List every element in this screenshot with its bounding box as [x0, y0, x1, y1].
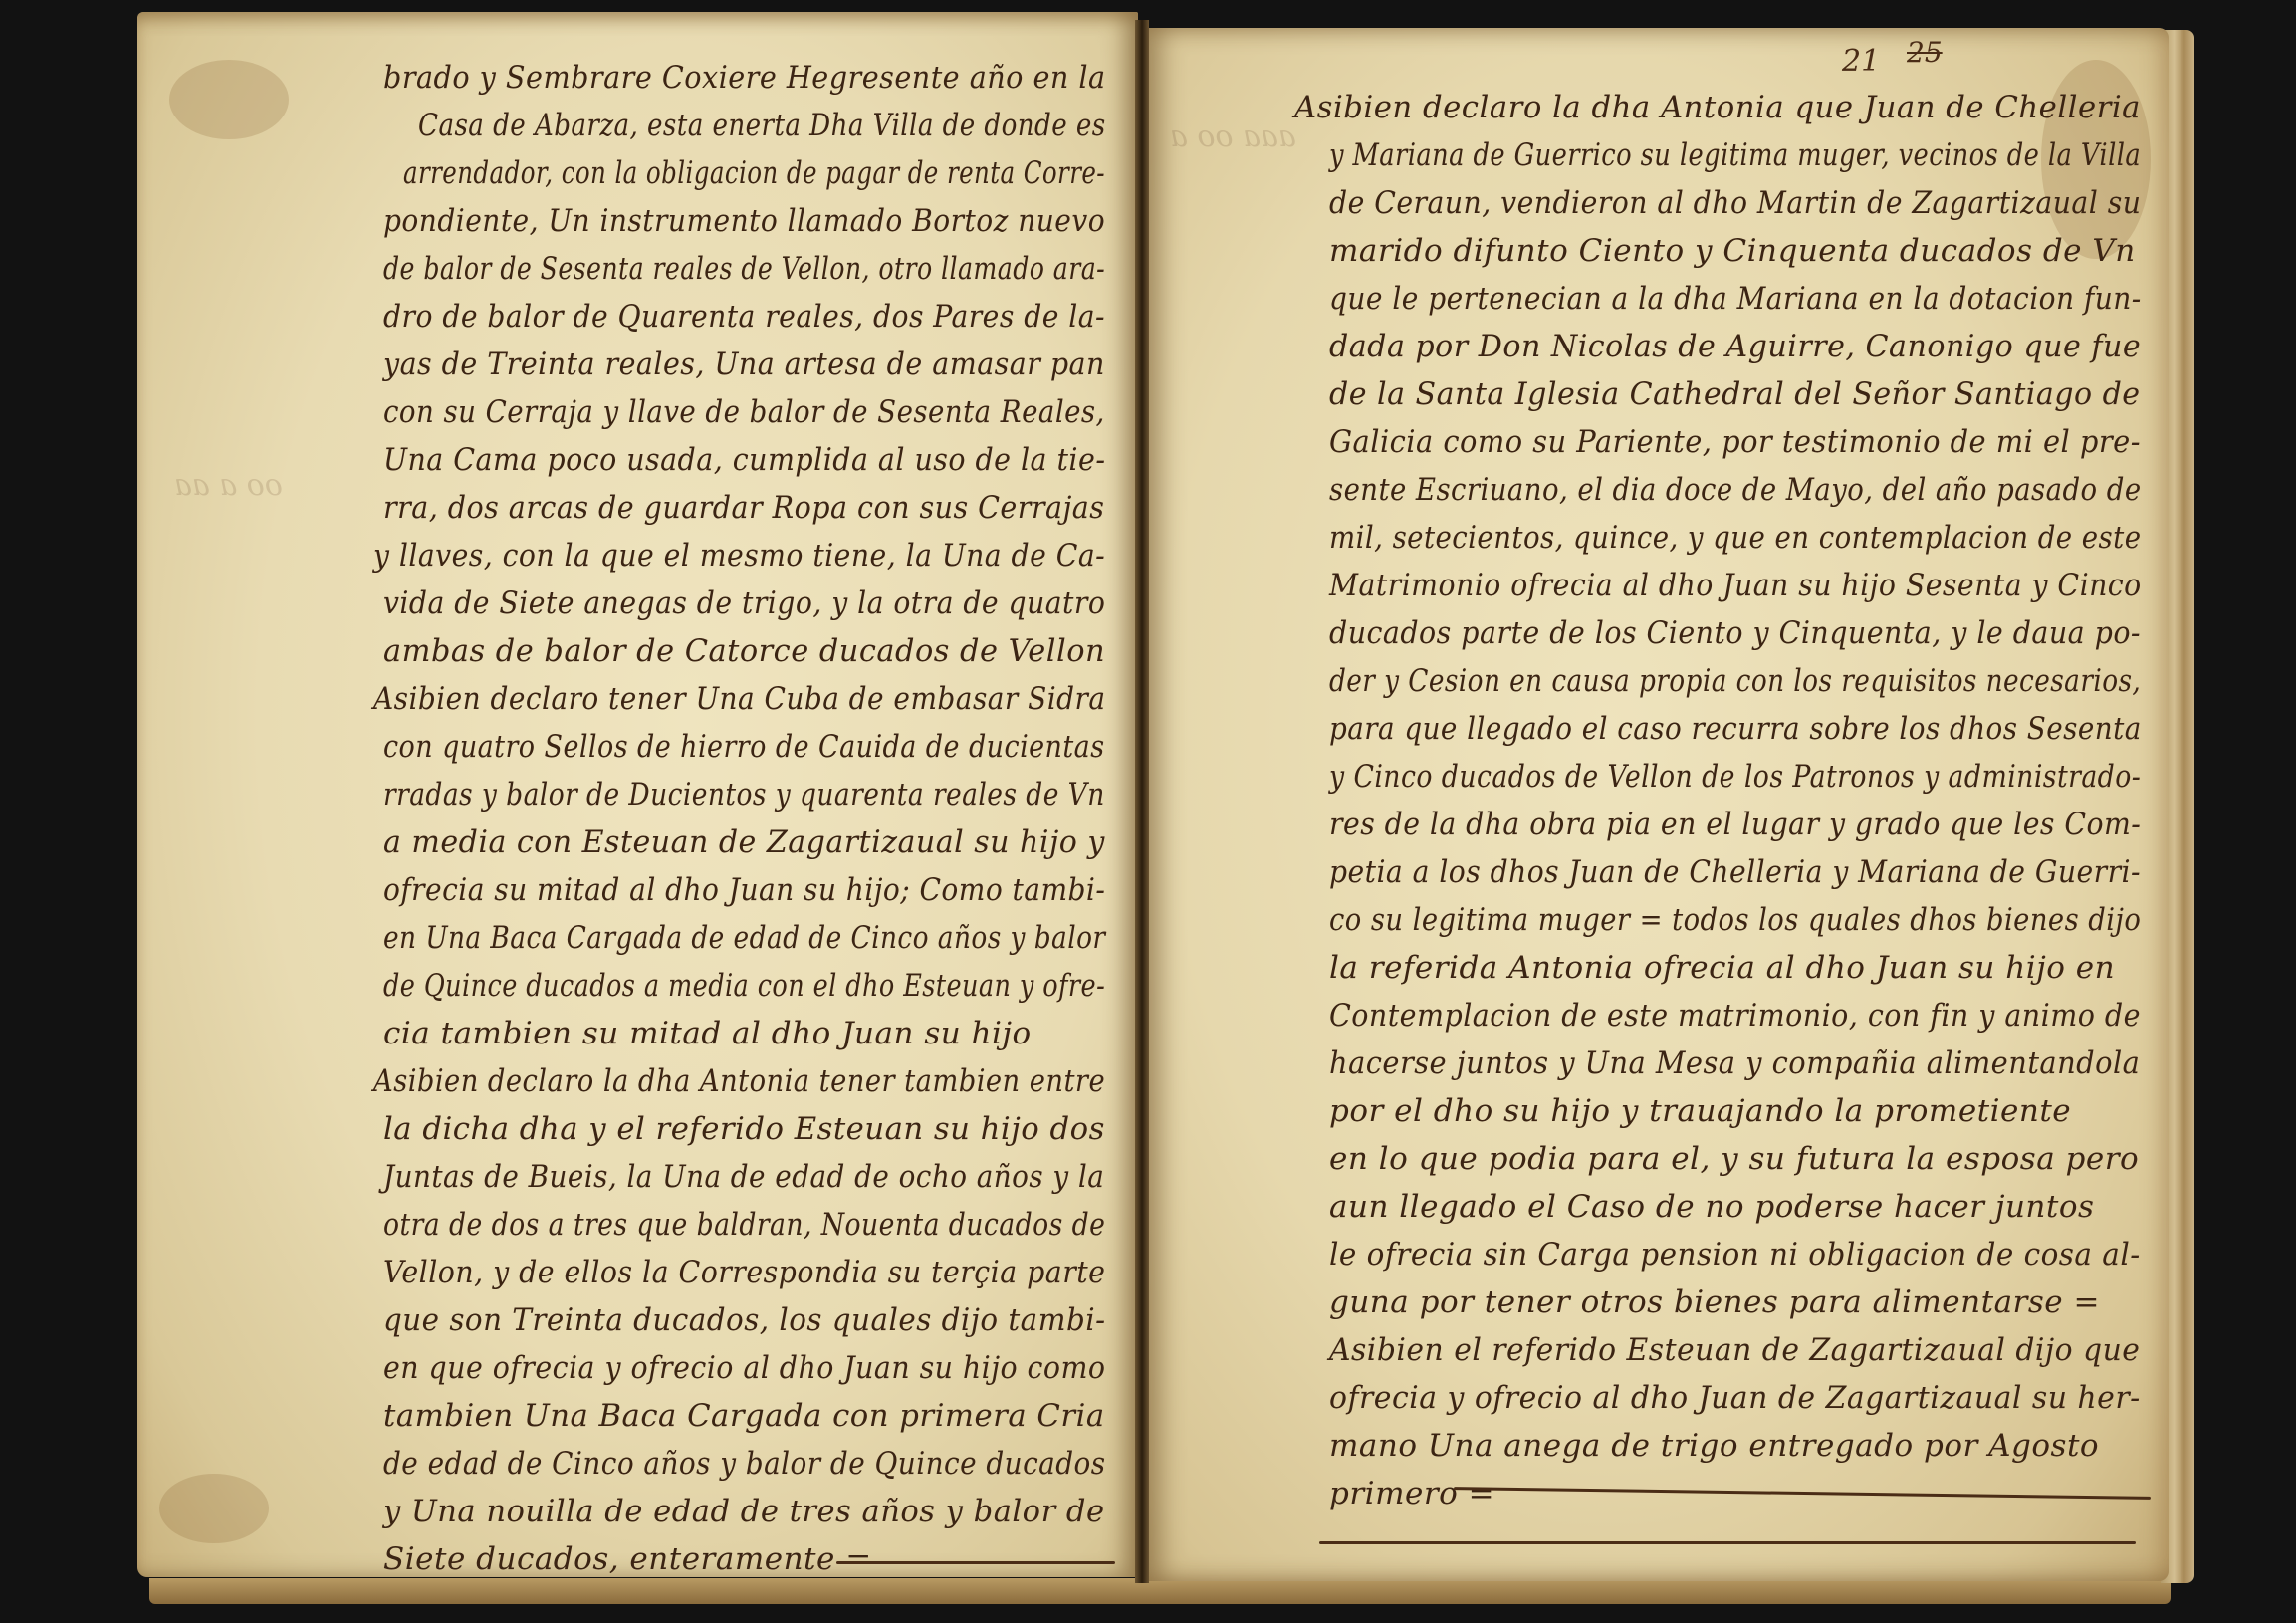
manuscript-line: por el dho su hijo y trauajando la prome… [1329, 1093, 2071, 1129]
manuscript-line: que le pertenecian a la dha Mariana en l… [1329, 281, 2142, 317]
manuscript-line: arrendador, con la obligacion de pagar d… [403, 155, 1105, 191]
folio-number-struck: 25 [1907, 36, 1943, 69]
ink-bleed-through: aaa oo a [1170, 119, 1296, 154]
manuscript-line: la referida Antonia ofrecia al dho Juan … [1329, 950, 2115, 986]
manuscript-line: rradas y balor de Ducientos y quarenta r… [383, 777, 1105, 812]
manuscript-line: Juntas de Bueis, la Una de edad de ocho … [383, 1159, 1104, 1195]
manuscript-line: Vellon, y de ellos la Correspondia su te… [383, 1255, 1105, 1290]
manuscript-line: sente Escriuano, el dia doce de Mayo, de… [1329, 472, 2142, 508]
manuscript-line: le ofrecia sin Carga pension ni obligaci… [1329, 1237, 2141, 1273]
manuscript-line: Asibien el referido Esteuan de Zagartiza… [1329, 1332, 2140, 1368]
paper-stain [159, 1474, 269, 1543]
manuscript-line: y Mariana de Guerrico su legitima muger,… [1329, 137, 2141, 173]
manuscript-line: otra de dos a tres que baldran, Nouenta … [383, 1207, 1105, 1243]
manuscript-line: aun llegado el Caso de no poderse hacer … [1329, 1189, 2094, 1225]
manuscript-line: la dicha dha y el referido Esteuan su hi… [383, 1111, 1105, 1147]
manuscript-line: Asibien declaro tener Una Cuba de embasa… [373, 681, 1105, 717]
manuscript-line: vida de Siete anegas de trigo, y la otra… [383, 585, 1105, 621]
manuscript-line: cia tambien su mitad al dho Juan su hijo [383, 1016, 1032, 1051]
paper-stain [169, 60, 289, 139]
manuscript-line: con quatro Sellos de hierro de Cauida de… [383, 729, 1104, 765]
manuscript-line: Una Cama poco usada, cumplida al uso de … [383, 442, 1105, 478]
manuscript-line: Contemplacion de este matrimonio, con fi… [1329, 998, 2141, 1034]
folio-number: 21 [1842, 44, 1880, 79]
manuscript-line: en que ofrecia y ofrecio al dho Juan su … [383, 1350, 1105, 1386]
manuscript-line: hacerse juntos y Una Mesa y compañia ali… [1329, 1045, 2140, 1081]
manuscript-line: de la Santa Iglesia Cathedral del Señor … [1329, 376, 2141, 412]
manuscript-line: mano Una anega de trigo entregado por Ag… [1329, 1428, 2099, 1464]
manuscript-line: de balor de Sesenta reales de Vellon, ot… [383, 251, 1105, 287]
manuscript-line: con su Cerraja y llave de balor de Sesen… [383, 394, 1105, 430]
manuscript-line: mil, setecientos, quince, y que en conte… [1329, 520, 2141, 556]
manuscript-line: guna por tener otros bienes para aliment… [1329, 1284, 2100, 1320]
manuscript-line: petia a los dhos Juan de Chelleria y Mar… [1329, 854, 2141, 890]
manuscript-line: res de la dha obra pia en el lugar y gra… [1329, 807, 2141, 842]
manuscript-line: brado y Sembrare Coxiere Hegresente año … [383, 60, 1106, 96]
manuscript-line: der y Cesion en causa propia con los req… [1329, 663, 2141, 699]
manuscript-line: primero = [1329, 1476, 1494, 1511]
manuscript-line: co su legitima muger = todos los quales … [1329, 902, 2141, 938]
manuscript-line: tambien Una Baca Cargada con primera Cri… [383, 1398, 1105, 1434]
manuscript-line: en Una Baca Cargada de edad de Cinco año… [383, 920, 1105, 956]
manuscript-line: Casa de Abarza, esta enerta Dha Villa de… [418, 108, 1106, 143]
closing-line-rule [836, 1561, 1115, 1564]
manuscript-line: que son Treinta ducados, los quales dijo… [383, 1302, 1106, 1338]
manuscript-line: Matrimonio ofrecia al dho Juan su hijo S… [1329, 568, 2142, 603]
manuscript-line: a media con Esteuan de Zagartizaual su h… [383, 824, 1105, 860]
manuscript-line: ambas de balor de Catorce ducados de Vel… [383, 633, 1105, 669]
manuscript-line: de Ceraun, vendieron al dho Martin de Za… [1329, 185, 2141, 221]
manuscript-line: marido difunto Ciento y Cinquenta ducado… [1329, 233, 2136, 269]
page-stack-bottom-edge [149, 1578, 2171, 1604]
manuscript-line: dro de balor de Quarenta reales, dos Par… [383, 299, 1105, 335]
manuscript-scan: aaa oo a oo a aa 21 25 brado y Sembrare … [0, 0, 2296, 1623]
ink-bleed-through: oo a aa [174, 468, 283, 503]
manuscript-line: Asibien declaro la dha Antonia tener tam… [373, 1063, 1105, 1099]
manuscript-line: y Una nouilla de edad de tres años y bal… [383, 1494, 1105, 1529]
manuscript-line: Siete ducados, enteramente = [383, 1541, 872, 1577]
manuscript-line: y llaves, con la que el mesmo tiene, la … [373, 538, 1105, 574]
section-end-rule [1319, 1541, 2136, 1544]
book-gutter [1135, 20, 1149, 1583]
manuscript-line: yas de Treinta reales, Una artesa de ama… [383, 347, 1105, 382]
manuscript-line: de edad de Cinco años y balor de Quince … [383, 1446, 1106, 1482]
manuscript-line: pondiente, Un instrumento llamado Bortoz… [383, 203, 1105, 239]
manuscript-line: rra, dos arcas de guardar Ropa con sus C… [383, 490, 1104, 526]
manuscript-line: ofrecia su mitad al dho Juan su hijo; Co… [383, 872, 1105, 908]
manuscript-line: ducados parte de los Ciento y Cinquenta,… [1329, 615, 2141, 651]
manuscript-line: ofrecia y ofrecio al dho Juan de Zagarti… [1329, 1380, 2141, 1416]
manuscript-line: de Quince ducados a media con el dho Est… [383, 968, 1105, 1004]
manuscript-line: y Cinco ducados de Vellon de los Patrono… [1329, 759, 2141, 795]
manuscript-line: Galicia como su Pariente, por testimonio… [1329, 424, 2141, 460]
manuscript-line: para que llegado el caso recurra sobre l… [1329, 711, 2142, 747]
manuscript-line: en lo que podia para el, y su futura la … [1329, 1141, 2139, 1177]
manuscript-line: dada por Don Nicolas de Aguirre, Canonig… [1329, 329, 2141, 364]
manuscript-line: Asibien declaro la dha Antonia que Juan … [1294, 90, 2141, 125]
